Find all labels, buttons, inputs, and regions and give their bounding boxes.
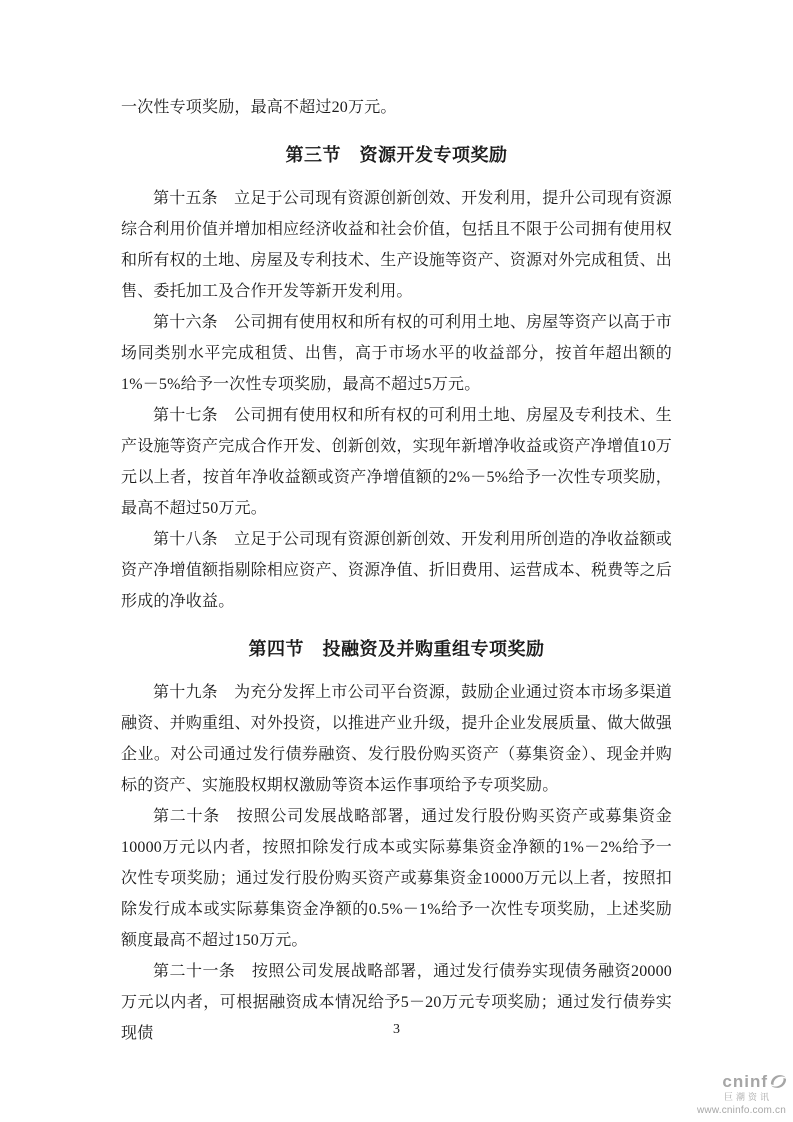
watermark-brand-row: cninf xyxy=(668,1072,788,1091)
cninfo-swirl-icon xyxy=(769,1072,788,1091)
watermark-url: www.cninfo.com.cn xyxy=(668,1105,788,1117)
cninfo-watermark: cninf 巨潮资讯 www.cninfo.com.cn xyxy=(668,1072,788,1117)
section-heading-4: 第四节 投融资及并购重组专项奖励 xyxy=(121,634,672,665)
article-17-paragraph: 第十七条 公司拥有使用权和所有权的可利用土地、房屋及专利技术、生产设施等资产完成… xyxy=(121,400,672,524)
section-heading-3: 第三节 资源开发专项奖励 xyxy=(121,140,672,171)
article-16-paragraph: 第十六条 公司拥有使用权和所有权的可利用土地、房屋等资产以高于市场同类别水平完成… xyxy=(121,307,672,400)
document-page: 一次性专项奖励，最高不超过20万元。 第三节 资源开发专项奖励 第十五条 立足于… xyxy=(0,0,793,1122)
article-19-paragraph: 第十九条 为充分发挥上市公司平台资源，鼓励企业通过资本市场多渠道融资、并购重组、… xyxy=(121,677,672,801)
watermark-brand-text: cninf xyxy=(722,1073,768,1091)
article-20-paragraph: 第二十条 按照公司发展战略部署，通过发行股份购买资产或募集资金10000万元以内… xyxy=(121,801,672,956)
article-15-paragraph: 第十五条 立足于公司现有资源创新创效、开发利用，提升公司现有资源综合利用价值并增… xyxy=(121,183,672,307)
article-18-paragraph: 第十八条 立足于公司现有资源创新创效、开发利用所创造的净收益额或资产净增值额指剔… xyxy=(121,524,672,617)
watermark-site-name: 巨潮资讯 xyxy=(668,1092,788,1103)
continuation-paragraph: 一次性专项奖励，最高不超过20万元。 xyxy=(121,92,672,123)
page-content: 一次性专项奖励，最高不超过20万元。 第三节 资源开发专项奖励 第十五条 立足于… xyxy=(121,92,672,1049)
page-number: 3 xyxy=(0,1022,793,1038)
